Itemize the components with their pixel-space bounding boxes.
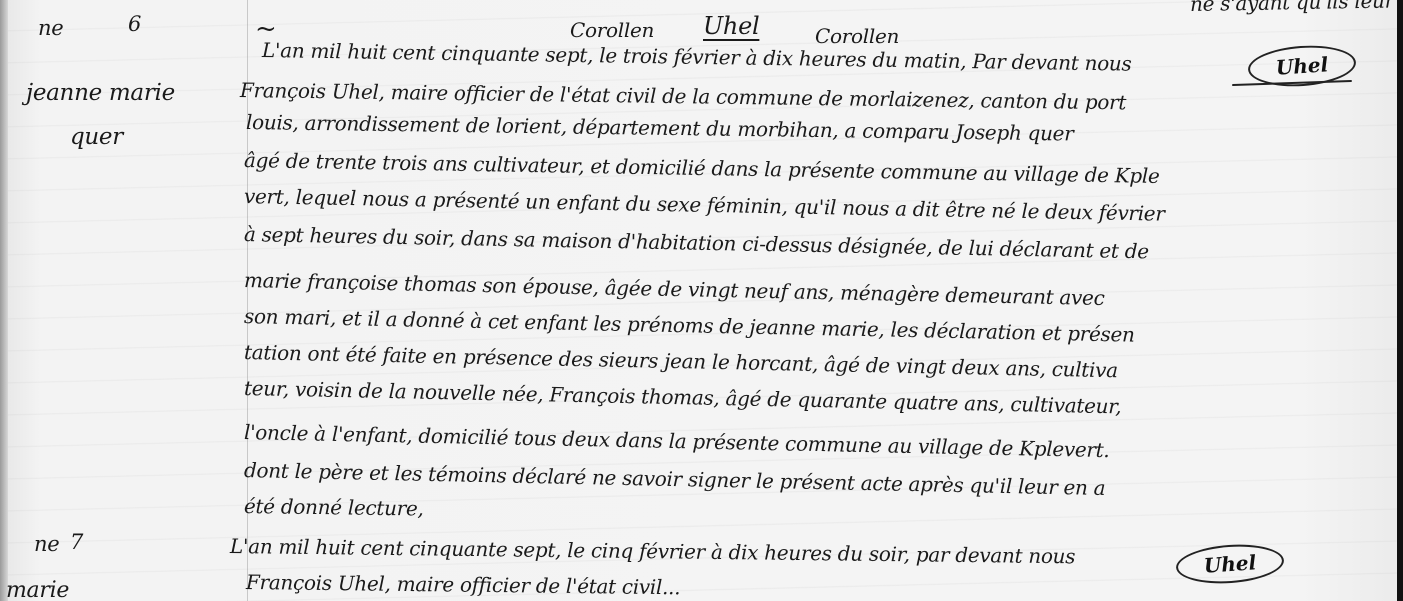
page-binding-edge (0, 0, 8, 601)
entry-number: 6 (128, 12, 141, 36)
top-fragment-text: ne s'ayant qu'ils leur (1190, 0, 1394, 16)
margin-name-line1: jeanne marie (26, 80, 175, 106)
mayor-signature-paraph: Uhel (1175, 541, 1285, 586)
record-line-8: son mari, et il a donné à cet enfant les… (244, 304, 1135, 347)
entry-number-label: ne (34, 532, 59, 556)
record-line-12: dont le père et les témoins déclaré ne s… (244, 458, 1106, 500)
record-line-7: marie françoise thomas son épouse, âgée … (244, 268, 1105, 310)
record-line-5: vert, lequel nous a présenté un enfant d… (244, 184, 1165, 226)
record-line-9: tation ont été faite en présence des sie… (244, 340, 1118, 382)
header-right-word: Corollen (815, 24, 899, 48)
scanned-register-page: ne s'ayant qu'ils leur Corollen Uhel Cor… (0, 0, 1403, 601)
scan-border (1397, 0, 1403, 601)
record-line-6: à sept heures du soir, dans sa maison d'… (244, 222, 1149, 263)
margin-name-line1: marie (6, 578, 69, 601)
record-line-1: L'an mil huit cent cinquante sept, le tr… (262, 38, 1132, 76)
record-line-10: teur, voisin de la nouvelle née, Françoi… (244, 376, 1122, 418)
entry-number: 7 (70, 530, 83, 554)
record-line-1: L'an mil huit cent cinquante sept, le ci… (230, 534, 1075, 568)
header-left-word: Corollen (570, 18, 654, 42)
record-line-4: âgé de trente trois ans cultivateur, et … (244, 148, 1160, 188)
record-line-2: François Uhel, maire officier de l'état … (246, 570, 681, 599)
header-center-word: Uhel (703, 12, 759, 40)
margin-name-line2: quer (70, 124, 123, 150)
entry-number-label: ne (38, 16, 63, 40)
record-line-11: l'oncle à l'enfant, domicilié tous deux … (244, 420, 1110, 462)
record-line-2: François Uhel, maire officier de l'état … (240, 78, 1126, 114)
record-line-13: été donné lecture, (244, 494, 424, 521)
record-line-3: louis, arrondissement de lorient, départ… (246, 110, 1074, 146)
